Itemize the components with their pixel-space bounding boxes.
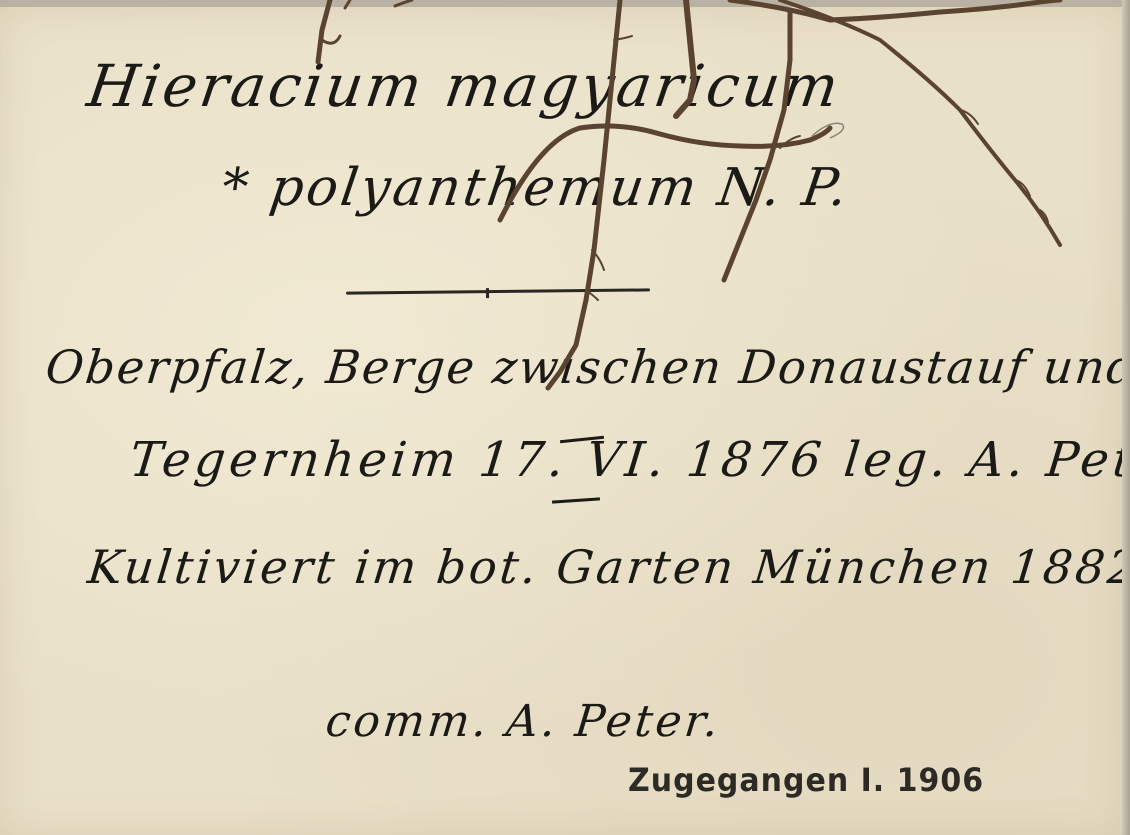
herbarium-sheet: Hieracium magyaricum * polyanthemum N. P… bbox=[0, 0, 1130, 835]
cultivation-note: Kultiviert im bot. Garten München 1882. bbox=[85, 540, 1130, 594]
infraspecific-name: * polyanthemum N. P. bbox=[218, 158, 854, 218]
accession-stamp: Zugegangen I. 1906 bbox=[628, 762, 984, 800]
locality-line-1: Oberpfalz, Berge zwischen Donaustauf und bbox=[43, 340, 1130, 394]
locality-line-2: Tegernheim 17. VI. 1876 leg. A. Peter. bbox=[127, 432, 1130, 488]
communicated-by: comm. A. Peter. bbox=[323, 696, 723, 747]
mount-edge bbox=[1122, 0, 1130, 835]
taxon-name: Hieracium magyaricum bbox=[83, 52, 845, 120]
